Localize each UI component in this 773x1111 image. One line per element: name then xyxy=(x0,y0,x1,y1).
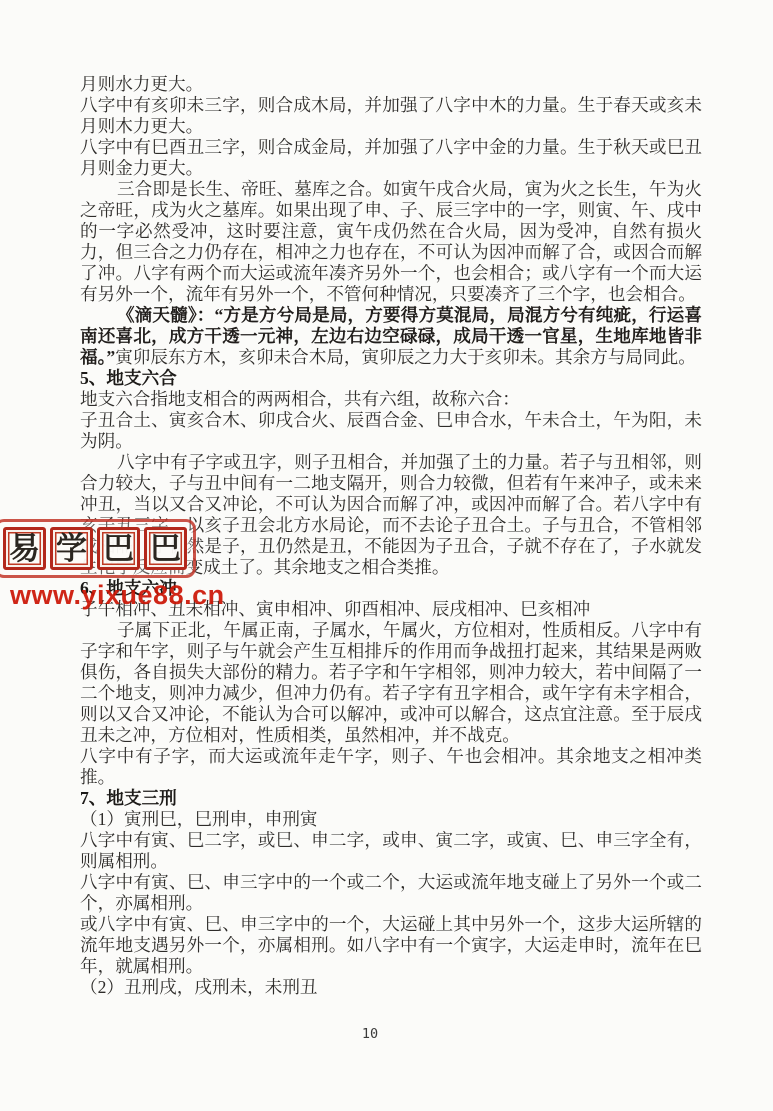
paragraph: 或八字中有寅、巳、申三字中的一个，大运碰上其中另外一个，这步大运所辖的流年地支遇… xyxy=(80,914,702,977)
paragraph-tail: 月则水力更大。 xyxy=(80,74,702,95)
seal-character: 巴 xyxy=(97,527,140,570)
paragraph-xing-item-2: （2）丑刑戌，戌刑未，未刑丑 xyxy=(80,977,702,998)
section-heading-dizhi-sanxing: 7、地支三刑 xyxy=(80,788,702,809)
paragraph-ziwu: 子属下正北，午属正南，子属水，午属火，方位相对，性质相反。八字中有子字和午字，则… xyxy=(80,620,702,746)
paragraph: 八字中有巳酉丑三字，则合成金局，并加强了八字中金的力量。生于秋天或巳丑月则金力更… xyxy=(80,137,702,179)
seal-character: 学 xyxy=(50,527,93,570)
section-heading-dizhi-liuhe: 5、地支六合 xyxy=(80,368,702,389)
page-number: 10 xyxy=(0,1026,740,1042)
paragraph: 八字中有亥卯未三字，则合成木局，并加强了八字中木的力量。生于春天或亥未月则木力更… xyxy=(80,95,702,137)
seal-character: 巴 xyxy=(144,527,187,570)
paragraph: 地支六合指地支相合的两两相合，共有六组，故称六合： xyxy=(80,389,702,410)
seal-character: 易 xyxy=(3,527,46,570)
paragraph-sanhe: 三合即是长生、帝旺、墓库之合。如寅午戌合火局，寅为火之长生，午为火之帝旺，戌为火… xyxy=(80,179,702,305)
watermark-url: www.yixue88.cn xyxy=(10,580,225,611)
paragraph-xing-item-1: （1）寅刑巳，巳刑申，申刑寅 xyxy=(80,809,702,830)
yixue88-watermark-seal: 易 学 巴 巴 xyxy=(0,519,196,578)
paragraph: 八字中有寅、巳、申三字中的一个或二个，大运或流年地支碰上了另外一个或二个，亦属相… xyxy=(80,872,702,914)
scanned-document-page: 月则水力更大。 八字中有亥卯未三字，则合成木局，并加强了八字中木的力量。生于春天… xyxy=(0,0,773,1111)
paragraph: 八字中有寅、巳二字，或巳、申二字，或申、寅二字，或寅、巳、申三字全有，则属相刑。 xyxy=(80,830,702,872)
ditiansui-quote-paragraph: 《滴天髓》：“方是方兮局是局，方要得方莫混局，局混方兮有纯疵，行运喜南还喜北，成… xyxy=(80,305,702,368)
paragraph-liuhe-list: 子丑合土、寅亥合木、卯戌合火、辰酉合金、巳申合水，午未合土，午为阳，未为阴。 xyxy=(80,410,702,452)
paragraph: 八字中有子字，而大运或流年走午字，则子、午也会相冲。其余地支之相冲类推。 xyxy=(80,746,702,788)
quote-rest-text: 寅卯辰东方木，亥卯未合木局，寅卯辰之力大于亥卯未。其余方与局同此。 xyxy=(115,347,696,367)
